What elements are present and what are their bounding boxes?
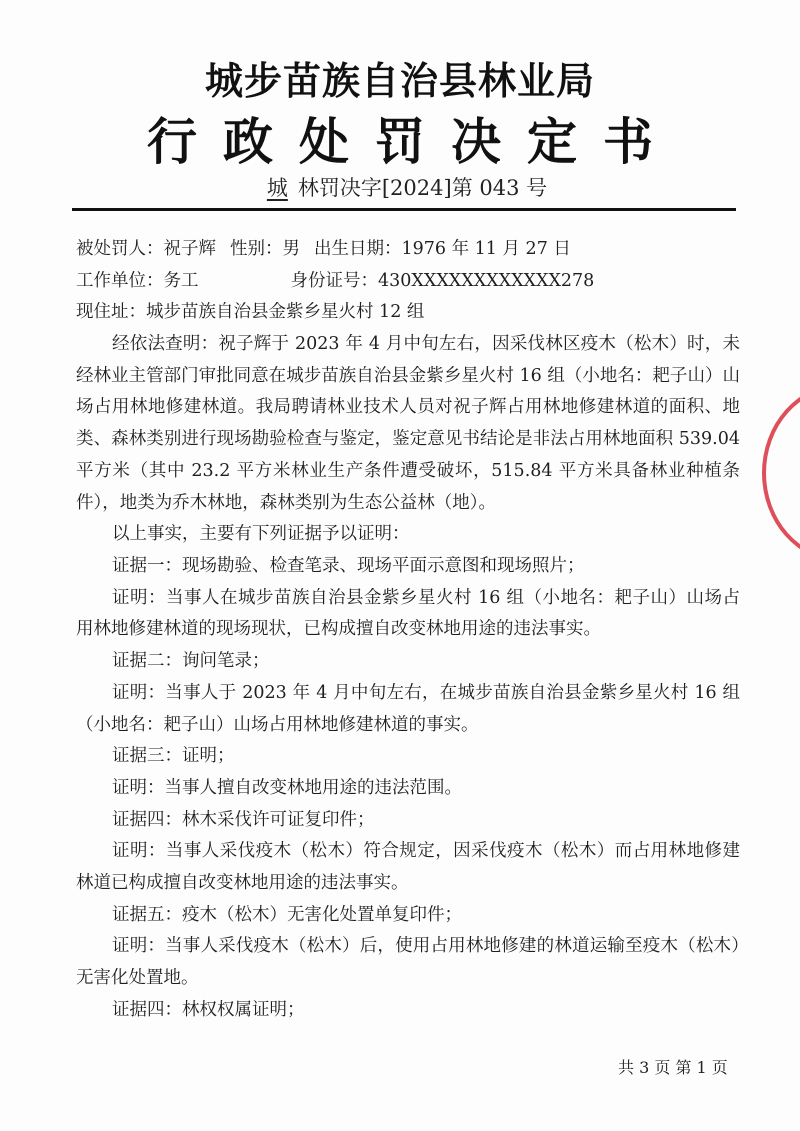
party-id: 430XXXXXXXXXXXX278 <box>378 271 594 291</box>
organization-title: 城步苗族自治县林业局 <box>0 50 800 105</box>
party-address: 城步苗族自治县金紫乡星火村 12 组 <box>146 302 424 322</box>
party-line-2: 工作单位：务工身份证号：430XXXXXXXXXXXX278 <box>76 266 740 298</box>
document-number: 城林罚决字[2024]第 043 号 <box>0 172 800 202</box>
findings-paragraph: 经依法查明：祝子辉于 2023 年 4 月中旬左右，因采伐林区疫木（松木）时，未… <box>76 329 740 519</box>
party-name-label: 被处罚人： <box>76 239 164 259</box>
document-body: 被处罚人：祝子辉性别：男出生日期：1976 年 11 月 27 日 工作单位：务… <box>76 234 740 1027</box>
evidence-1-title: 证据一：现场勘验、检查笔录、现场平面示意图和现场照片； <box>76 551 740 583</box>
document-page: 城步苗族自治县林业局 行政处罚决定书 城林罚决字[2024]第 043 号 被处… <box>0 0 800 1131</box>
evidence-3-title: 证据三：证明； <box>76 741 740 773</box>
party-name: 祝子辉 <box>164 239 217 259</box>
evidence-2-proof: 证明：当事人于 2023 年 4 月中旬左右，在城步苗族自治县金紫乡星火村 16… <box>76 678 740 741</box>
evidence-5-title: 证据五：疫木（松木）无害化处置单复印件； <box>76 900 740 932</box>
evidence-intro: 以上事实，主要有下列证据予以证明： <box>76 519 740 551</box>
document-number-rest: 林罚决字[2024]第 043 号 <box>298 176 547 200</box>
party-dob-label: 出生日期： <box>314 239 402 259</box>
party-work: 务工 <box>164 271 199 291</box>
evidence-1-proof: 证明：当事人在城步苗族自治县金紫乡星火村 16 组（小地名：耙子山）山场占用林地… <box>76 583 740 646</box>
document-number-prefix: 城 <box>253 172 298 202</box>
party-gender-label: 性别： <box>230 239 283 259</box>
evidence-4-title: 证据四：林木采伐许可证复印件； <box>76 805 740 837</box>
evidence-2-title: 证据二：询问笔录； <box>76 646 740 678</box>
party-work-label: 工作单位： <box>76 271 164 291</box>
party-dob: 1976 年 11 月 27 日 <box>402 239 571 259</box>
evidence-5-proof: 证明：当事人采伐疫木（松木）后，使用占用林地修建的林道运输至疫木（松木）无害化处… <box>76 931 740 994</box>
evidence-4-proof: 证明：当事人采伐疫木（松木）符合规定，因采伐疫木（松木）而占用林地修建林道已构成… <box>76 836 740 899</box>
official-seal <box>762 384 800 562</box>
party-id-label: 身份证号： <box>291 271 379 291</box>
party-line-3: 现住址：城步苗族自治县金紫乡星火村 12 组 <box>76 297 740 329</box>
document-title: 行政处罚决定书 <box>0 102 800 174</box>
party-line-1: 被处罚人：祝子辉性别：男出生日期：1976 年 11 月 27 日 <box>76 234 740 266</box>
evidence-3-proof: 证明：当事人擅自改变林地用途的违法范围。 <box>76 773 740 805</box>
party-address-label: 现住址： <box>76 302 146 322</box>
page-number: 共 3 页 第 1 页 <box>618 1055 728 1078</box>
header-divider <box>72 208 736 211</box>
party-gender: 男 <box>283 239 301 259</box>
evidence-6-title: 证据四：林权权属证明； <box>76 995 740 1027</box>
